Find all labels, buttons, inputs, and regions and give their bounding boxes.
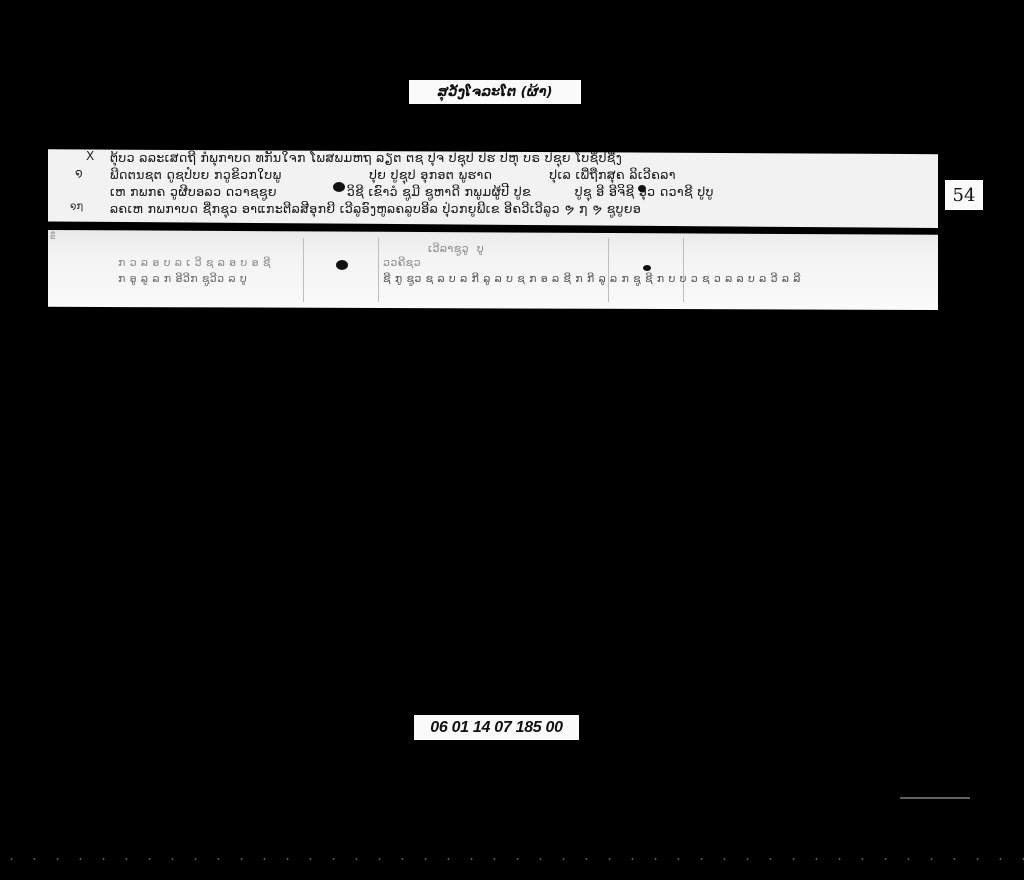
manuscript-line: ກ ວ ລ ອ ບ ລ ເ ວີ ຊ ລ ອ ບ ອ ຊີ — [118, 256, 271, 269]
film-scratch — [900, 797, 970, 799]
ruling-line — [378, 238, 379, 302]
ruling-line — [608, 238, 609, 302]
ruling-line — [683, 238, 684, 302]
ruling-line — [303, 238, 304, 302]
manuscript-line: ເວີລາຊູວູ ບູ — [428, 242, 484, 255]
margin-mark: ໑໗ — [70, 201, 83, 212]
reel-frame-id-label: 06 01 14 07 185 00 — [414, 715, 579, 740]
page-number-label: 54 — [945, 180, 983, 210]
manuscript-line: ຕຸ້ບວ ລລະເສດຖີ ກໍພຸກາບດ ທກັນໃຈກ ໂພສພມຫຖ … — [110, 150, 622, 165]
margin-mark: ໑ — [75, 166, 83, 180]
manuscript-line: ພີດຕນຊຕ ດູຊປໍບຍ ກວູຂິວກໃບພູ ປຸຍ ປູຊຸປ ອຸ… — [110, 167, 676, 182]
margin-mark: ຂຶ — [50, 232, 56, 241]
manuscript-line: ກ ອູ ລູ ລ ກ ອີວີກ ຊູວີວ ລ ບູ — [118, 272, 247, 285]
palm-leaf-manuscript-2: ຂຶ ເວີລາຊູວູ ບູ ກ ວ ລ ອ ບ ລ ເ ວີ ຊ ລ ອ ບ… — [48, 230, 938, 310]
binding-hole — [643, 265, 651, 271]
manuscript-line: ຊີ ກູ ຊູວ ຊ ລ ບ ລ ກີ ລູ ລ ບ ຊ ກ ອ ລ ຊີ ກ… — [383, 272, 938, 285]
binding-hole — [638, 185, 646, 192]
film-edge-specks — [0, 858, 1024, 860]
palm-leaf-manuscript-1: X ໑ ໑໗ ຕຸ້ບວ ລລະເສດຖີ ກໍພຸກາບດ ທກັນໃຈກ ໂ… — [48, 146, 938, 228]
document-title-label: ສຸວັງໂຈລະໂຕ (ຜ້າ) — [409, 80, 581, 104]
manuscript-line: ລຄເຫ ກພກາບດ ຊີ່ກຊຸວ ອາແກະຕີລສີອຸກຍີ ເວີລ… — [110, 201, 641, 216]
binding-hole — [333, 182, 345, 192]
margin-mark: X — [86, 149, 94, 163]
manuscript-line: ເຫ ກພກຄ ວູຜີບອລວ ດວາຊຊູຍ ວິຊີ ເຂົາວໍ ຊູມ… — [110, 184, 714, 199]
binding-hole — [336, 260, 348, 270]
manuscript-line: ວວຄີຊວ — [383, 256, 421, 269]
